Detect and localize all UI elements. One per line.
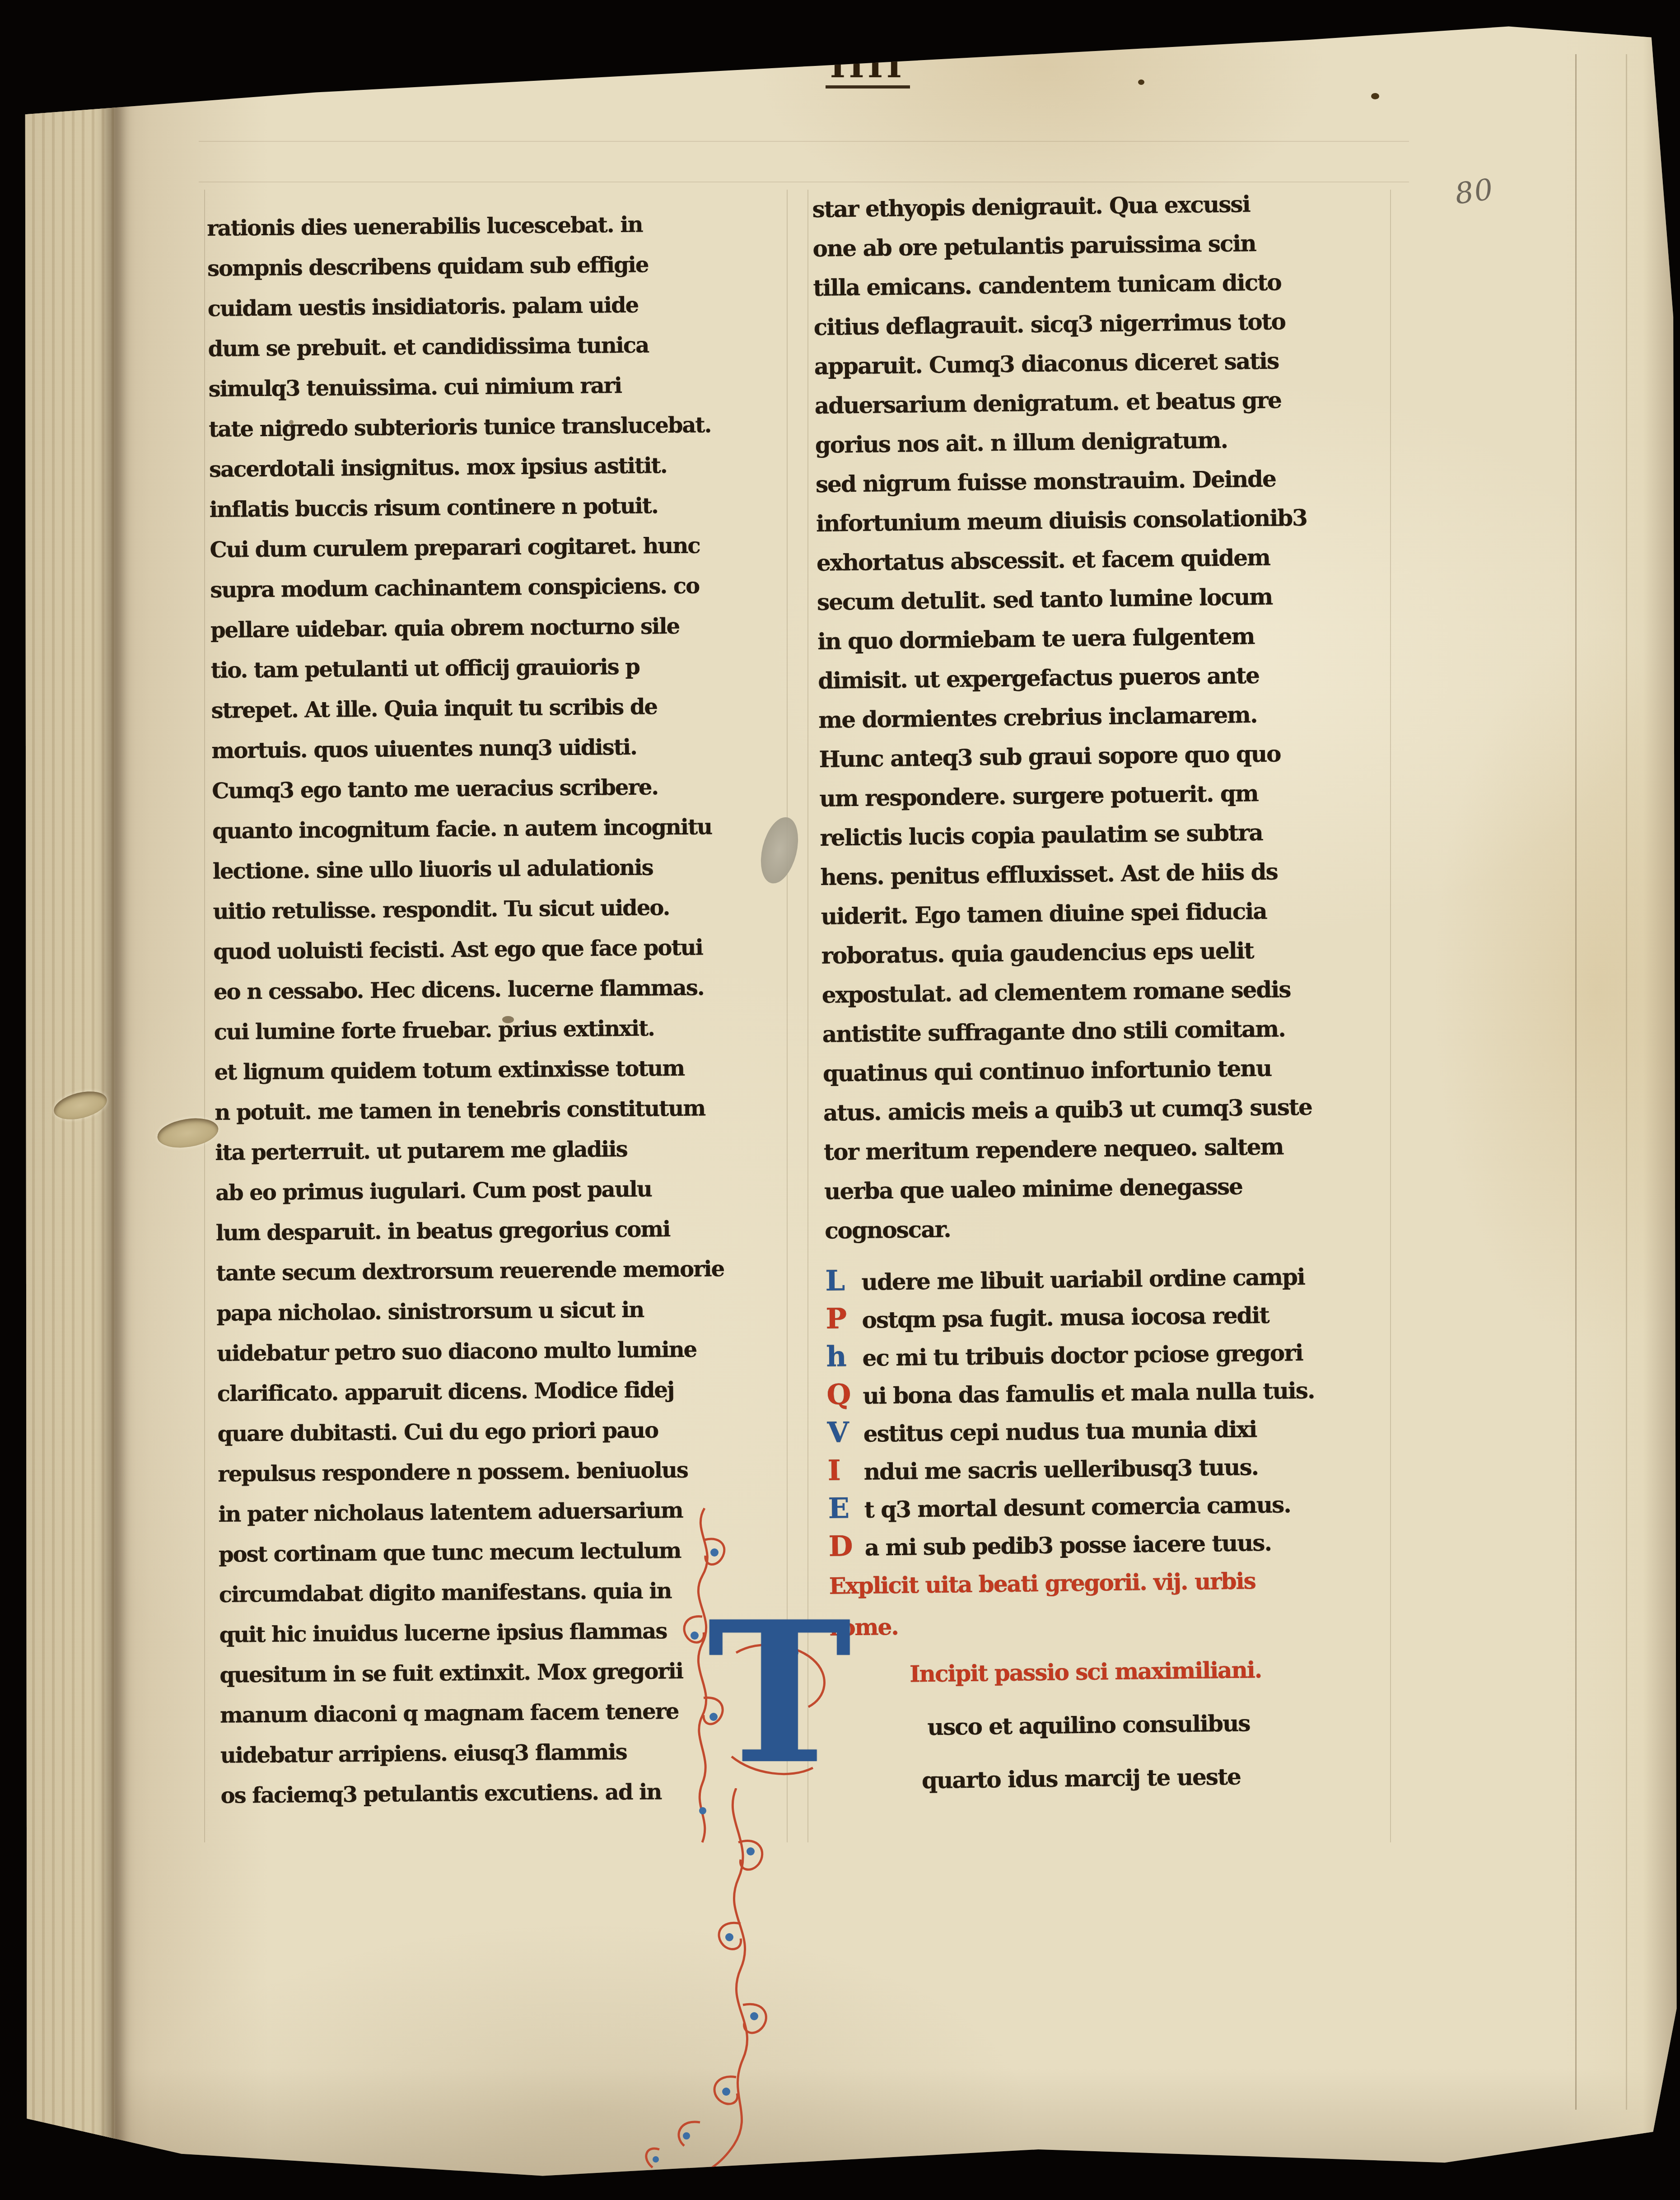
decorated-initial-T: T [707, 1603, 870, 1797]
text-line: strepet. At ille. Quia inquit tu scribis… [211, 686, 794, 731]
penwork-flourish-tail [632, 1788, 822, 2186]
rubric-explicit: Explicit uita beati gregorii. vij. urbis [829, 1558, 1416, 1607]
text-line: papa nicholao. sinistrorsum u sicut in [216, 1289, 799, 1334]
parchment-hole [155, 1114, 220, 1152]
verse-text: ostqm psa fugit. musa iocosa redit [862, 1302, 1269, 1333]
verse-line: Qui bona das famulis et mala nulla tuis. [826, 1369, 1414, 1414]
rubric-explicit: rome. [829, 1600, 1417, 1649]
text-line: simulq3 tenuissima. cui nimium rari [208, 364, 791, 410]
verse-line: Ludere me libuit uariabil ordine campi [825, 1255, 1413, 1300]
parchment-page: IIII 80 rationis dies uenerabilis lucesc… [0, 0, 1680, 2200]
text-line: secum detulit. sed tanto lumine locum [817, 575, 1405, 622]
text-line: dum se prebuit. et candidissima tunica [208, 324, 791, 369]
text-line: atus. amicis meis a quib3 ut cumq3 suste [823, 1086, 1410, 1133]
text-line: tante secum dextrorsum reuerende memorie [216, 1249, 799, 1294]
verse-line: Et q3 mortal desunt comercia camus. [828, 1482, 1415, 1528]
text-line: quanto incognitum facie. n autem incogni… [212, 806, 795, 852]
verse-initial: P [826, 1300, 862, 1338]
text-line: usco et aquilino consulibus [831, 1695, 1418, 1755]
ink-speck [1138, 79, 1144, 85]
text-line: sompnis describens quidam sub effigie [207, 244, 790, 289]
text-line: cuidam uestis insidiatoris. palam uide [208, 284, 791, 329]
text-line: mortuis. quos uiuentes nunq3 uidisti. [211, 726, 794, 771]
text-line: clarificato. apparuit dicens. Modice fid… [217, 1369, 800, 1414]
text-line: infortunium meum diuisis consolationib3 [816, 497, 1404, 543]
verse-line: Da mi sub pedib3 posse iacere tuus. [828, 1520, 1416, 1566]
text-line: uiderit. Ego tamen diuine spei fiducia [821, 890, 1408, 936]
verse-initial: V [827, 1413, 863, 1452]
text-line: relictis lucis copia paulatim se subtra [820, 811, 1407, 858]
text-line: lectione. sine ullo liuoris ul adulation… [212, 847, 795, 892]
text-line: tate nigredo subterioris tunice transluc… [209, 405, 792, 450]
verse-text: ui bona das famulis et mala nulla tuis. [863, 1377, 1314, 1409]
text-line: ita perterruit. ut putarem me gladiis [215, 1128, 798, 1173]
verse-line: Postqm psa fugit. musa iocosa redit [826, 1293, 1413, 1338]
folio-number: 80 [1453, 172, 1496, 211]
text-line: Cui dum curulem preparari cogitaret. hun… [210, 525, 793, 570]
text-line: hens. penitus effluxisset. Ast de hiis d… [820, 850, 1408, 897]
text-line: apparuit. Cumq3 diaconus diceret satis [814, 340, 1401, 386]
verse-initial: I [827, 1451, 864, 1490]
text-line: exhortatus abscessit. et facem quidem [817, 536, 1404, 583]
text-line: cui lumine forte fruebar. prius extinxit… [214, 1007, 797, 1053]
ruling-line [199, 182, 1409, 182]
verse-text: ec mi tu tribuis doctor pciose gregori [862, 1339, 1303, 1371]
text-line: gorius nos ait. n illum denigratum. [815, 418, 1402, 465]
text-line: Cumq3 ego tanto me ueracius scribere. [212, 766, 795, 811]
text-line: pellare uidebar. quia obrem nocturno sil… [210, 606, 793, 651]
verse-text: estitus cepi nudus tua munia dixi [863, 1416, 1256, 1447]
text-line: roboratus. quia gaudencius eps uelit [821, 929, 1409, 975]
verse-line: hec mi tu tribuis doctor pciose gregori [826, 1331, 1414, 1376]
text-line: citius deflagrauit. sicq3 nigerrimus tot… [813, 300, 1401, 347]
text-line: repulsus respondere n possem. beniuolus [218, 1450, 801, 1495]
verse-text: udere me libuit uariabil ordine campi [861, 1263, 1305, 1296]
ruling-line [199, 141, 1409, 142]
verse-initial: h [826, 1338, 863, 1376]
text-line: in quo dormiebam te uera fulgentem [817, 615, 1405, 661]
text-line: n potuit. me tamen in tenebris constitut… [215, 1088, 798, 1133]
verse-initial: D [828, 1527, 865, 1566]
book-gutter [107, 68, 121, 2159]
text-line: tilla emicans. candentem tunicam dicto [813, 261, 1400, 308]
verse-text: a mi sub pedib3 posse iacere tuus. [864, 1529, 1271, 1561]
text-line: sacerdotali insignitus. mox ipsius astit… [209, 445, 792, 490]
text-line: post cortinam que tunc mecum lectulum [219, 1530, 802, 1575]
verse-text: ndui me sacris uelleribusq3 tuus. [863, 1454, 1258, 1485]
text-line: aduersarium denigratum. et beatus gre [814, 379, 1402, 425]
manuscript-scan: IIII 80 rationis dies uenerabilis lucesc… [0, 0, 1680, 2200]
text-line: sed nigrum fuisse monstrauim. Deinde [815, 457, 1403, 504]
text-line: me dormientes crebrius inclamarem. [818, 693, 1406, 740]
text-line: uerba que ualeo minime denegasse [824, 1165, 1412, 1211]
quire-mark: IIII [826, 43, 910, 89]
text-line: star ethyopis denigrauit. Qua excussi [812, 182, 1400, 229]
verse-initial: L [825, 1262, 862, 1300]
text-line: dimisit. ut expergefactus pueros ante [818, 654, 1405, 700]
text-line: quarto idus marcij te ueste [831, 1748, 1419, 1808]
text-line: one ab ore petulantis paruissima scin [812, 222, 1400, 268]
text-line: eo n cessabo. Hec dicens. lucerne flamma… [214, 967, 797, 1012]
text-line: in pater nicholaus latentem aduersarium [218, 1490, 801, 1535]
text-line: expostulat. ad clementem romane sedis [821, 968, 1409, 1015]
ruling-line [204, 190, 205, 1842]
fore-edge [1626, 54, 1627, 2110]
text-line: ab eo primus iugulari. Cum post paulu [215, 1168, 798, 1213]
text-line: inflatis buccis risum continere n potuit… [209, 485, 792, 530]
rubric-incipit: Incipit passio sci maximiliani. [830, 1641, 1417, 1702]
verse-initial: E [828, 1489, 864, 1528]
text-line: quare dubitasti. Cui du ego priori pauo [217, 1409, 800, 1454]
ink-speck [1371, 93, 1379, 99]
verse-line: Vestitus cepi nudus tua munia dixi [827, 1407, 1414, 1452]
text-line: et lignum quidem totum extinxisse totum [214, 1048, 797, 1093]
text-line: rationis dies uenerabilis lucescebat. in [207, 204, 790, 249]
text-line: uidebatur petro suo diacono multo lumine [217, 1329, 800, 1374]
text-line: tor meritum rependere nequeo. saltem [824, 1125, 1411, 1172]
text-line: cognoscar. [825, 1204, 1412, 1250]
text-line: supra modum cachinantem conspiciens. co [210, 565, 793, 611]
text-column-left: rationis dies uenerabilis lucescebat. in… [207, 204, 803, 1816]
verse-line: Indui me sacris uelleribusq3 tuus. [827, 1445, 1415, 1490]
text-line: tio. tam petulanti ut officij grauioris … [211, 646, 794, 691]
text-line: quatinus qui continuo infortunio tenu [822, 1047, 1410, 1093]
text-line: lum desparuit. in beatus gregorius comi [215, 1208, 798, 1254]
text-line: uitio retulisse. respondit. Tu sicut uid… [213, 887, 796, 932]
text-line: antistite suffragante dno stili comitam. [822, 1007, 1409, 1054]
fore-edge [1575, 54, 1577, 2110]
text-line: Hunc anteq3 sub graui sopore quo quo [819, 732, 1406, 779]
verse-initial: Q [826, 1375, 863, 1414]
text-line: um respondere. surgere potuerit. qm [819, 772, 1407, 818]
verse-text: t q3 mortal desunt comercia camus. [864, 1491, 1291, 1523]
text-line: quod uoluisti fecisti. Ast ego que face … [213, 927, 796, 972]
text-column-right: star ethyopis denigrauit. Qua excussi on… [812, 182, 1419, 1808]
